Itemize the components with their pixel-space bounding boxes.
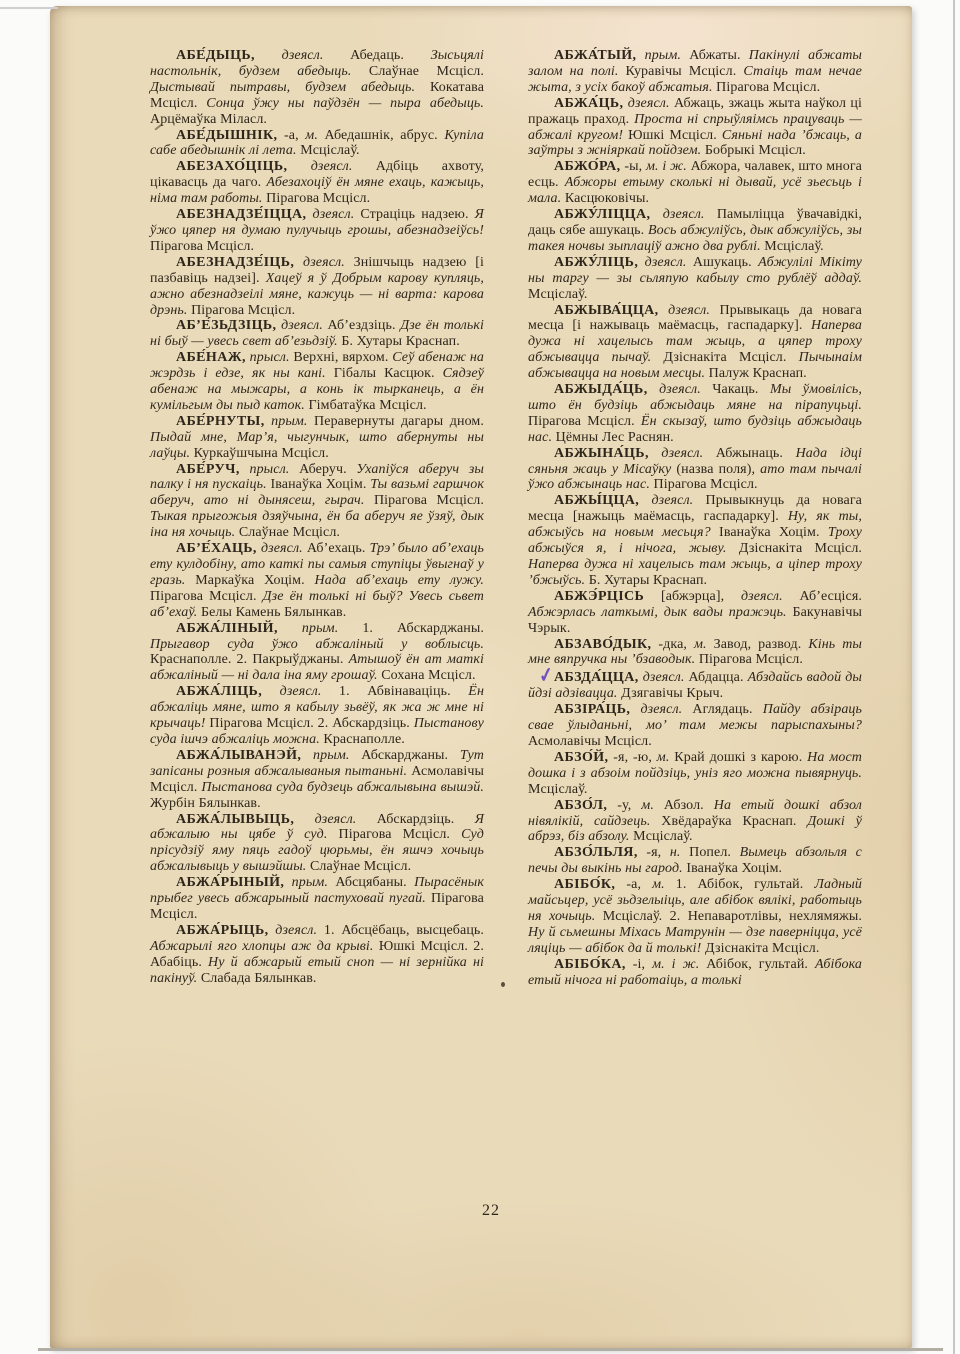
dictionary-entry: АБЕЗНАДЗЕ́ІЦЦА, дзеясл. Страціць надзею.… [150,207,484,255]
example-or-label-italic: м. і ж. [642,159,687,174]
headword: АБЖА́ТЫЙ, [554,48,636,63]
example-or-label-italic: м. [631,798,654,813]
definition-or-source-text: Мсціслаў. [761,239,824,254]
headword: АБЗАВО́ДЫК, [554,637,651,652]
definition-or-source-text: Дзіснакіта Мсцісл. [701,941,819,956]
definition-or-source-text: Дзягавічы Крыч. [618,686,724,701]
definition-or-source-text: -дка, [651,637,687,652]
definition-or-source-text: Пірагова Мсцісл. [150,589,257,604]
definition-or-source-text: Пірагова Мсцісл. [327,827,450,842]
example-or-label-italic: прым. [636,48,681,63]
dictionary-entry: ✓АБЗДА́ЦЦА, дзеясл. Абдацца. Абздайсь ва… [528,668,862,702]
definition-or-source-text: Пірагова Мсцісл. [528,414,635,429]
definition-or-source-text: Абзол. [654,798,704,813]
headword: АБЕ́РУЧ, [176,462,240,477]
definition-or-source-text: Палуж Краснап. [705,366,807,381]
headword: АБ’Е́ЗЬДЗІЦЬ, [176,318,276,333]
definition-or-source-text: Абжынаць. [703,446,783,461]
definition-or-source-text: Белы Камень Бялынкав. [197,605,346,620]
definition-or-source-text: -а, [277,128,298,143]
definition-or-source-text: Пірагова Мсцісл. 2. Абскардзіць. [206,716,410,731]
headword: АБЗДА́ЦЦА, [554,670,639,685]
definition-or-source-text: Куркаўшчына Мсцісл. [190,446,329,461]
scanner-edge-line-right [953,0,955,1354]
dictionary-entry: АБЖА́ЛЫВАНЭЙ, прым. Абскарджаны. Тут зап… [150,748,484,812]
definition-or-source-text: Верхні, вярхом. [290,350,389,365]
dictionary-entry: АБІБО́КА, -і, м. і ж. Абібок, гультай. А… [528,957,862,989]
definition-or-source-text: [абжэрца], [644,589,724,604]
headword: АБЖЫНА́ЦЬ, [554,446,649,461]
headword: АБЖЭ́РЦІСЬ [554,589,644,604]
scanner-edge-line-bottom [38,1348,943,1351]
definition-or-source-text: Краснаполле. 2. Пакрыўджаны. [150,652,343,667]
example-or-label-italic: прысл. [246,350,290,365]
headword: АБЕ́ДЫШНІК, [176,128,277,143]
definition-or-source-text: Пірагова Мсцісл. [650,477,758,492]
headword: АБІБО́КА, [554,957,626,972]
example-or-label-italic: дзеясл. [276,318,322,333]
definition-or-source-text: -я, -ю, [608,750,652,765]
dictionary-entry: АБЖЫДА́ЦЬ, дзеясл. Чакаць. Мы ўмовілісь,… [528,382,862,446]
example-or-label-italic: Нада аб’ехаць ету лужу. [305,573,484,588]
dictionary-entry: АБЕ́РНУТЫ, прым. Перавернуты дагары дном… [150,414,484,462]
definition-or-source-text: Пірагова Мсцісл. [263,191,371,206]
headword: АБЖЫ́ЦЦА, [554,493,639,508]
dictionary-entry: АБЖА́РЫЦЬ, дзеясл. 1. Абсцёбаць, высцеба… [150,923,484,987]
definition-or-source-text: Попел. [681,845,732,860]
dictionary-entry: АБЕЗНАДЗЕ́ІЦЬ, дзеясл. Знішчыць надзею [… [150,255,484,319]
definition-or-source-text: Юшкі Мсцісл. [623,128,717,143]
example-or-label-italic: дзеясл. [623,96,669,111]
example-or-label-italic: дзеясл. [306,207,354,222]
example-or-label-italic: Пыстанова суда будзець абжалывына вышэй. [197,780,484,795]
example-or-label-italic: дзеясл. [724,589,783,604]
example-or-label-italic: Прыгавор суда ўжо абжаліный у воблысць. [150,637,484,652]
definition-or-source-text: Асмолавічы Мсцісл. [528,734,652,749]
example-or-label-italic: Дыстывай пытравы, будзем абедыць. [150,80,415,95]
example-or-label-italic: дзеясл. [630,702,682,717]
ink-speck [501,982,505,987]
headword: АБЗО́ЛЬЛЯ, [554,845,638,860]
definition-or-source-text: Пірагова Мсцісл. [150,239,254,254]
definition-or-source-text: Край дошкі з карою. [669,750,802,765]
definition-or-source-text: Мсціслаў. 2. Непаваротлівы, нехлямяжы. [595,909,862,924]
definition-or-source-text: Гібалы Касцюк. [326,366,435,381]
definition-or-source-text: Бобрыкі Мсцісл. [701,143,806,158]
dictionary-entry: АБЖА́ЛІЦЬ, дзеясл. 1. Абвінаваціць. Ён а… [150,684,484,748]
example-or-label-italic: дзеясл. [639,493,693,508]
definition-or-source-text: 1. Абібок, гультай. [665,877,804,892]
example-or-label-italic: дзеясл. [659,303,710,318]
headword: АБЗО́Й, [554,750,608,765]
definition-or-source-text: Цёмны Лес Раснян. [552,430,674,445]
left-column: АБЕ́ДЫЦЬ, дзеясл. Абедаць. Зысьцялі наст… [150,48,484,986]
example-or-label-italic: прым. [278,621,338,636]
headword: АБЕ́РНУТЫ, [176,414,265,429]
definition-or-source-text: Страціць надзею. [354,207,468,222]
headword: АБЕЗНАДЗЕ́ІЦЬ, [176,255,294,270]
example-or-label-italic: дзеясл. [294,812,356,827]
headword: АБІБО́К, [554,877,615,892]
dictionary-entry: АБЖУ́ЛІЦЦА, дзеясл. Памыліцца ўвачавідкі… [528,207,862,255]
definition-or-source-text: Абскардзіць. [356,812,454,827]
example-or-label-italic: м. і ж. [645,957,699,972]
example-or-label-italic: н. [661,845,680,860]
example-or-label-italic: дзеясл. [639,670,685,685]
dictionary-entry: АБЕ́РУЧ, прысл. Аберуч. Ухапіўся аберуч … [150,462,484,542]
example-or-label-italic: дзеясл. [638,255,686,270]
headword: АБЕ́НАЖ, [176,350,246,365]
definition-or-source-text: Аб’ехаць. [303,541,366,556]
headword: АБЖЫДА́ЦЬ, [554,382,648,397]
dictionary-entry: АБЗАВО́ДЫК, -дка, м. Завод, развод. Кінь… [528,637,862,669]
headword: АБЖЫВА́ЦЦА, [554,303,659,318]
headword: АБЖА́ЛЫВАНЭЙ, [176,748,301,763]
example-or-label-italic: дзеясл. [649,446,703,461]
definition-or-source-text: Пірагова Мсцісл. [188,303,296,318]
definition-or-source-text: Слаўнае Мсцісл. [351,64,484,79]
example-or-label-italic: дзеясл. [294,255,345,270]
definition-or-source-text: Мсціслаў. [630,829,693,844]
example-or-label-italic: м. [652,750,669,765]
definition-or-source-text: (назва поля) [671,462,751,477]
example-or-label-italic: дзеясл. [269,923,318,938]
definition-or-source-text: Абібок, гультай. [699,957,808,972]
definition-or-source-text: Абедашнік, абрус. [318,128,438,143]
dictionary-entry: АБ’Е́ХАЦЬ, дзеясл. Аб’ехаць. Трэ’ было а… [150,541,484,621]
dictionary-entry: АБЖА́ЛЫВЫЦЬ, дзеясл. Абскардзіць. Я абжа… [150,812,484,876]
definition-or-source-text: Слаўнае Мсцісл. [235,525,340,540]
dictionary-entry: АБЖА́ЦЬ, дзеясл. Абжаць, зжаць жыта наўк… [528,96,862,160]
definition-or-source-text: Сохана Мсцісл. [378,668,476,683]
example-or-label-italic: Абжарылі яго хлопцы аж да крыві. [150,939,374,954]
definition-or-source-text: Касцюковічы. [561,191,649,206]
definition-or-source-text: Гімбатаўка Мсцісл. [305,398,427,413]
dictionary-entry: АБІБО́К, -а, м. 1. Абібок, гультай. Ладн… [528,877,862,957]
dictionary-entry: АБЗО́Л, -у, м. Абзол. На етый дошкі абзо… [528,798,862,846]
dictionary-entry: АБЗО́ЛЬЛЯ, -я, н. Попел. Вымець абзольля… [528,845,862,877]
definition-or-source-text: Куравічы Мсцісл. [619,64,737,79]
definition-or-source-text: 1. Абвінаваціць. [321,684,450,699]
example-or-label-italic: м. [299,128,318,143]
example-or-label-italic: дзеясл. [262,684,321,699]
dictionary-entry: АБЕ́ДЫЦЬ, дзеясл. Абедаць. Зысьцялі наст… [150,48,484,128]
definition-or-source-text: Слабада Бялынкав. [197,971,316,986]
dictionary-entry: АБЖУ́ЛІЦЬ, дзеясл. Ашукаць. Абжулілі Мік… [528,255,862,303]
definition-or-source-text: Дзіснакіта Мсцісл. [727,541,863,556]
definition-or-source-text: Журбін Бялынкав. [150,796,261,811]
definition-or-source-text: -і, [626,957,645,972]
definition-or-source-text: Слаўнае Мсцісл. [306,859,411,874]
headword: АБЕЗАХО́ЦІЦЬ, [176,159,287,174]
example-or-label-italic: прысл. [240,462,290,477]
dictionary-entry: АБЗІРА́ЦЬ, дзеясл. Аглядаць. Пайду абзір… [528,702,862,750]
definition-or-source-text: Краснаполле. [320,732,405,747]
dictionary-entry: АБЖА́РЫНЫЙ, прым. Абсцябаны. Пырасёнык п… [150,875,484,923]
definition-or-source-text: Абскарджаны. [349,748,448,763]
headword: АБЖА́ЛІНЫЙ, [176,621,278,636]
definition-or-source-text: Пірагова Мсцісл. [713,80,821,95]
definition-or-source-text: Ашукаць. [686,255,751,270]
definition-or-source-text: Аберуч. [289,462,346,477]
definition-or-source-text: Пірагова Мсцісл. [364,493,484,508]
example-or-label-italic: Сонца ўжу ны паўдзён — пыра абедыць. [197,96,484,111]
definition-or-source-text: Пірагова Мсцісл. [695,652,803,667]
definition-or-source-text: Іванаўка Хоцім. [683,861,782,876]
dictionary-entry: АБЖО́РА, -ы, м. і ж. Абжора, чалавек, шт… [528,159,862,207]
definition-or-source-text: Б. Хутары Краснап. [585,573,707,588]
definition-or-source-text: -ы, [621,159,643,174]
definition-or-source-text: Арцёмаўка Міласл. [150,112,267,127]
example-or-label-italic: дзеясл. [287,159,352,174]
headword: АБЖУ́ЛІЦЦА, [554,207,650,222]
definition-or-source-text: 1. Абсцёбаць, высцебаць. [317,923,484,938]
headword: АБЖА́ЦЬ, [554,96,623,111]
definition-or-source-text: -я, [638,845,662,860]
headword: АБЗО́Л, [554,798,607,813]
headword: АБЕ́ДЫЦЬ, [176,48,255,63]
definition-or-source-text: Абедаць. [323,48,404,63]
example-or-label-italic: дзеясл. [648,382,701,397]
example-or-label-italic: прым. [265,414,308,429]
dictionary-entry: АБЖЫ́ЦЦА, дзеясл. Прывыкнуць да новага м… [528,493,862,588]
definition-or-source-text: Абдацца. [684,670,743,685]
handwritten-checkmark: ✓ [538,666,552,687]
example-or-label-italic: Абжэрлась латкымі, дык вады пражэць. [528,605,787,620]
dictionary-entry: АБЗО́Й, -я, -ю, м. Край дошкі з карою. Н… [528,750,862,798]
definition-or-source-text: Аб’есціся. [783,589,862,604]
headword: АБЖА́РЫЦЬ, [176,923,269,938]
definition-or-source-text: Чакаць. [701,382,759,397]
headword: АБЖА́РЫНЫЙ, [176,875,284,890]
book-page: АБЕ́ДЫЦЬ, дзеясл. Абедаць. Зысьцялі наст… [50,6,912,1348]
definition-or-source-text: Мсціслаў. [297,143,360,158]
dictionary-entry: АБЖЫНА́ЦЬ, дзеясл. Абжынаць. Нада ідці с… [528,446,862,494]
definition-or-source-text: Маркаўка Хоцім. [185,573,304,588]
definition-or-source-text: Хвёдараўка Краснап. [650,814,796,829]
scanner-edge-line-top-left [0,7,58,9]
definition-or-source-text: Аглядаць. [682,702,752,717]
dictionary-entry: АБЕ́НАЖ, прысл. Верхні, вярхом. Сеў абен… [150,350,484,414]
scan-background: { "page": { "number": "22", "paper_color… [0,0,960,1354]
dictionary-entry: АБЕ́ДЫШНІК, -а, м. Абедашнік, абрус. Куп… [150,128,484,160]
right-column: АБЖА́ТЫЙ, прым. Абжаты. Пакінулі абжаты … [528,48,862,988]
definition-or-source-text: Дзіснакіта Мсцісл. [651,350,786,365]
example-or-label-italic: дзеясл. [255,48,323,63]
dictionary-entry: АБЖА́ТЫЙ, прым. Абжаты. Пакінулі абжаты … [528,48,862,96]
definition-or-source-text: -у, [607,798,631,813]
definition-or-source-text: Абжаты. [681,48,741,63]
headword: АБ’Е́ХАЦЬ, [176,541,257,556]
dictionary-entry: АБЕЗАХО́ЦІЦЬ, дзеясл. Адбіць ахвоту, цік… [150,159,484,207]
headword: АБЖО́РА, [554,159,621,174]
definition-or-source-text: Абсцябаны. [328,875,407,890]
example-or-label-italic: м. [641,877,665,892]
definition-or-source-text: -а, [615,877,641,892]
example-or-label-italic: м. [687,637,707,652]
example-or-label-italic: дзеясл. [650,207,704,222]
definition-or-source-text: Мсціслаў. [528,782,587,797]
example-or-label-italic: прым. [301,748,349,763]
headword: АБЗІРА́ЦЬ, [554,702,630,717]
dictionary-entry: АБ’Е́ЗЬДЗІЦЬ, дзеясл. Аб’ездзіць. Дзе ён… [150,318,484,350]
definition-or-source-text: Завод, развод. [707,637,802,652]
headword: АБЕЗНАДЗЕ́ІЦЦА, [176,207,306,222]
dictionary-entry: АБЖЭ́РЦІСЬ [абжэрца], дзеясл. Аб’есціся.… [528,589,862,637]
definition-or-source-text: Іванаўка Хоцім. [711,525,820,540]
definition-or-source-text: Іванаўка Хоцім. [267,477,367,492]
dictionary-entry: АБЖЫВА́ЦЦА, дзеясл. Прывыкаць да новага … [528,303,862,383]
example-or-label-italic: дзеясл. [257,541,303,556]
dictionary-entry: АБЖА́ЛІНЫЙ, прым. 1. Абскарджаны. Прыгав… [150,621,484,685]
page-number: 22 [60,1202,922,1220]
headword: АБЖУ́ЛІЦЬ, [554,255,638,270]
definition-or-source-text: 1. Абскарджаны. [338,621,484,636]
definition-or-source-text: Б. Хутары Краснап. [338,334,460,349]
definition-or-source-text: Аб’ездзіць. [323,318,396,333]
definition-or-source-text: Мсціслаў. [528,287,587,302]
headword: АБЖА́ЛЫВЫЦЬ, [176,812,294,827]
definition-or-source-text: Перавернуты дагары дном. [308,414,484,429]
headword: АБЖА́ЛІЦЬ, [176,684,262,699]
example-or-label-italic: прым. [284,875,328,890]
